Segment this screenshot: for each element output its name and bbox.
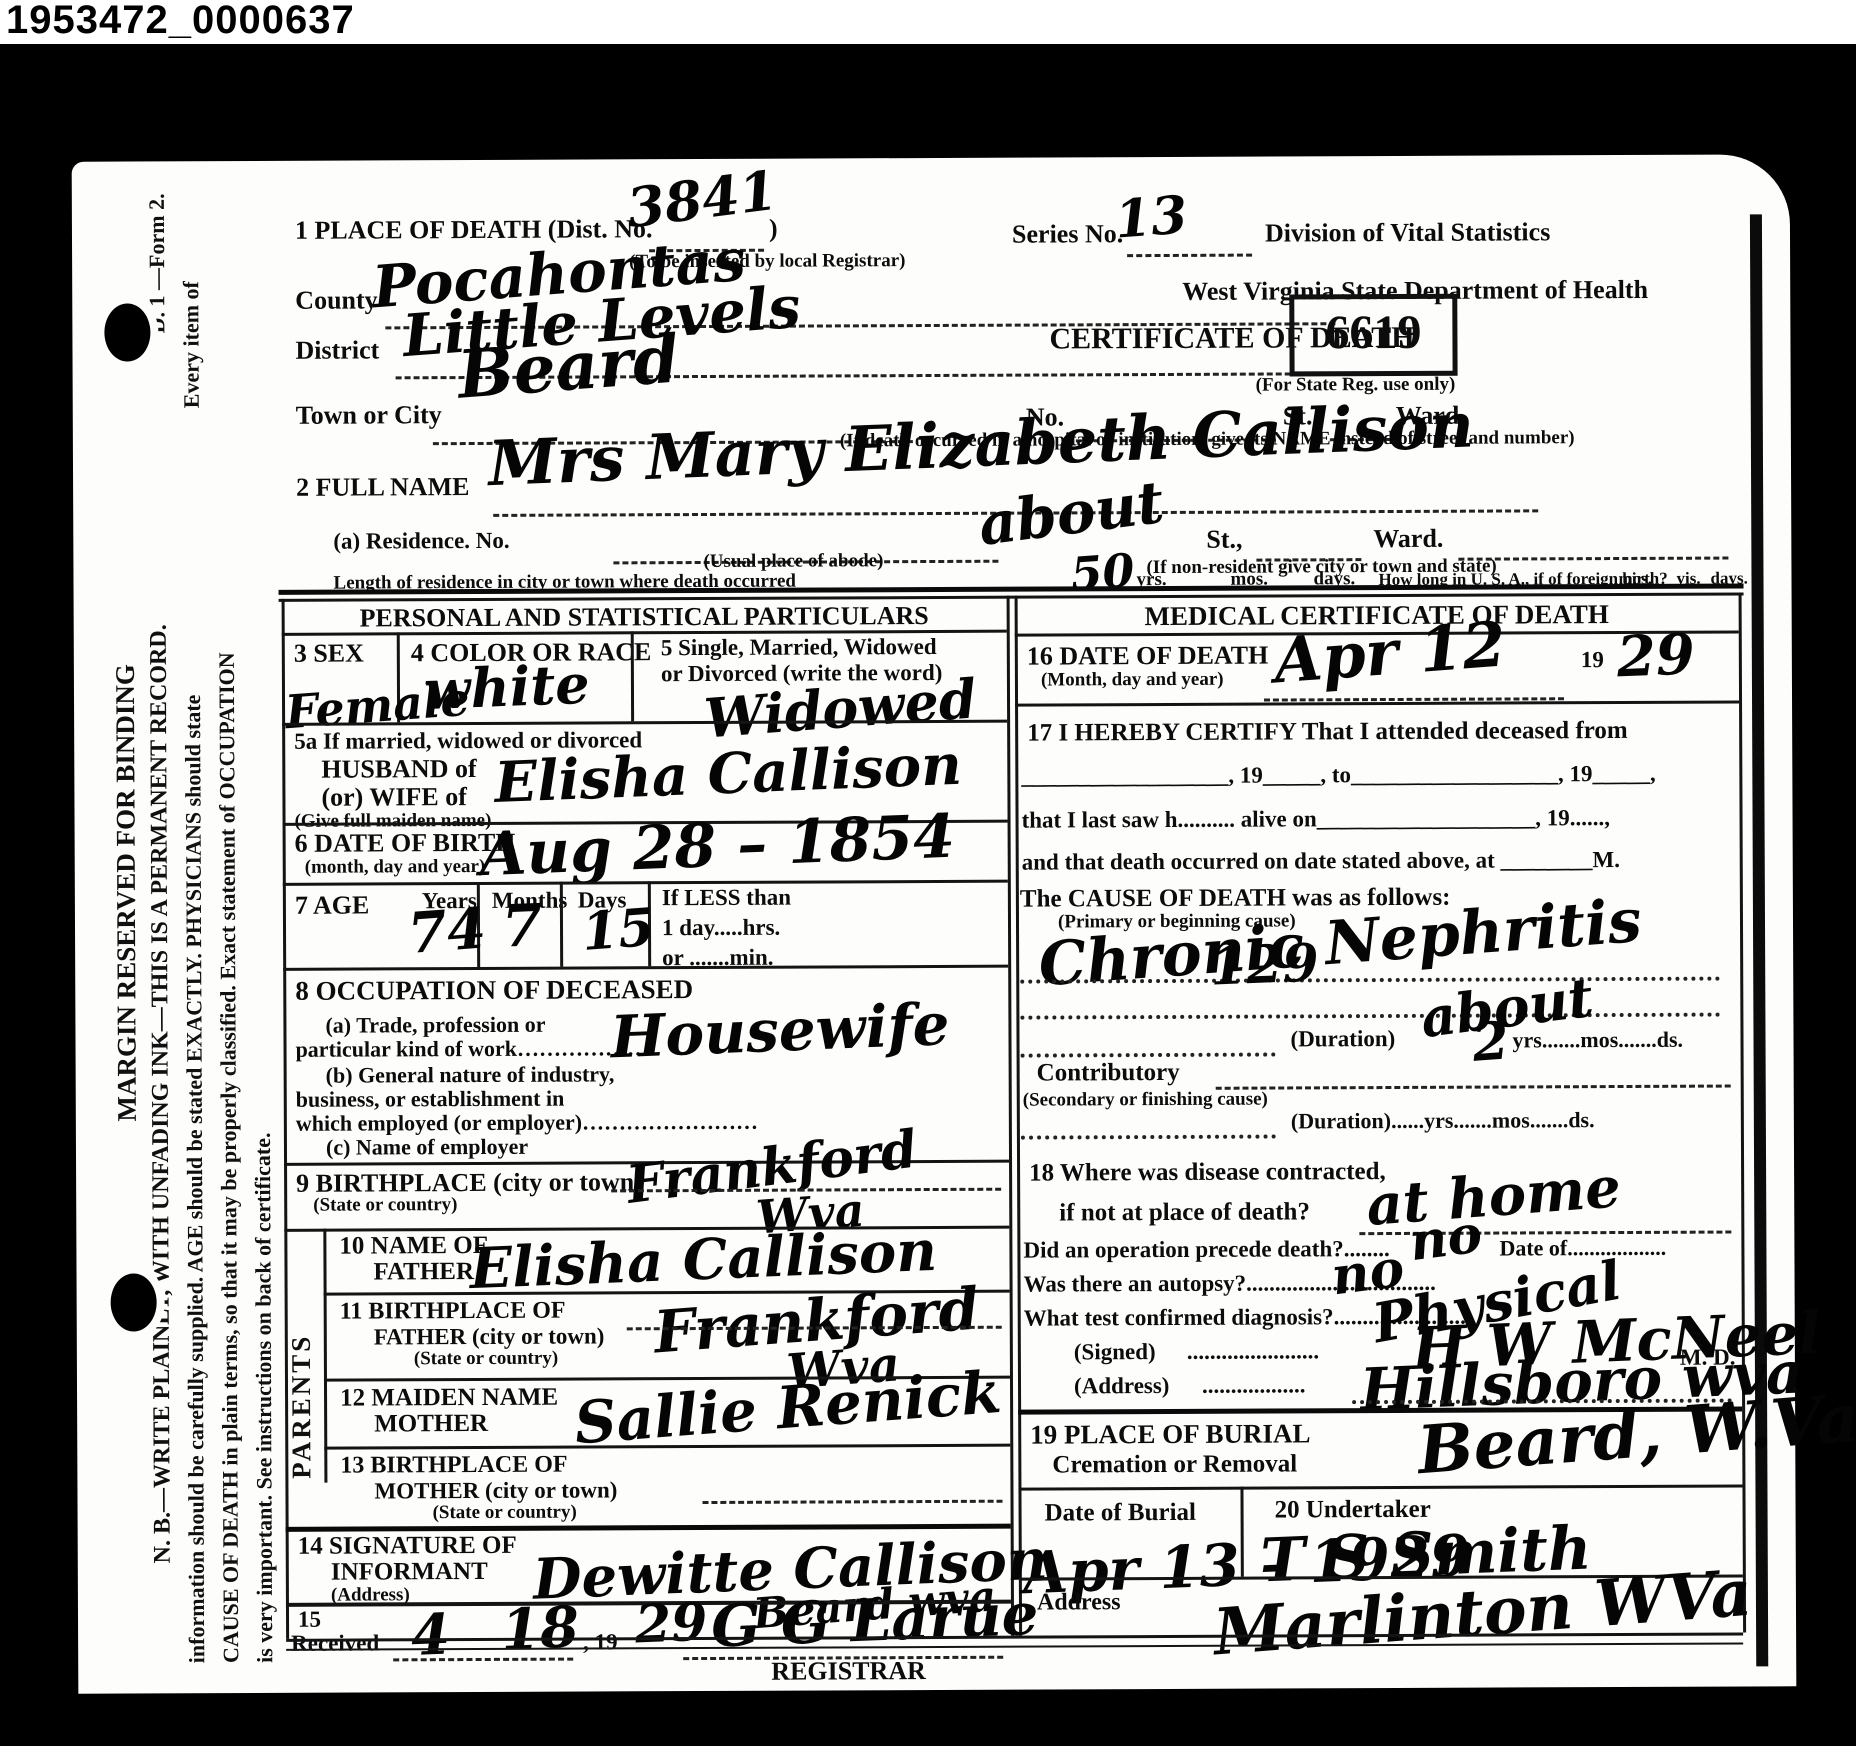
sex-label: 3 SEX bbox=[294, 638, 364, 668]
certify-line2: __________________, 19_____, to_________… bbox=[1021, 761, 1656, 790]
occupation-a1: (a) Trade, profession or bbox=[325, 1012, 545, 1039]
residence-handwritten: about bbox=[975, 468, 1168, 559]
signed-label: (Signed) bbox=[1074, 1339, 1156, 1365]
column-divider bbox=[1015, 596, 1023, 1636]
date-of-death-note: (Month, day and year) bbox=[1041, 669, 1224, 692]
fullname-label: 2 FULL NAME bbox=[296, 472, 469, 503]
father-bp-note: (State or country) bbox=[414, 1348, 558, 1371]
punch-hole-top bbox=[104, 303, 150, 361]
personal-section-title: PERSONAL AND STATISTICAL PARTICULARS bbox=[282, 601, 1007, 634]
date-of-death-handwritten: Apr 12 bbox=[1271, 608, 1508, 698]
burial-date-label: Date of Burial bbox=[1045, 1499, 1196, 1528]
divider-line bbox=[283, 965, 1008, 971]
margin-form-number: D. 1 —Form 2. bbox=[144, 213, 177, 333]
district-label: District bbox=[295, 335, 379, 365]
certify-line3: that I last saw h.......... alive on____… bbox=[1021, 805, 1610, 834]
mother-bp-label2: MOTHER (city or town) bbox=[374, 1477, 617, 1504]
occupation-b1: (b) General nature of industry, bbox=[326, 1061, 615, 1088]
undertaker-address-label: Address bbox=[1037, 1589, 1121, 1616]
length-handwritten: 50 bbox=[1069, 543, 1137, 602]
blank-line bbox=[1458, 555, 1728, 561]
mother-bp-label1: 13 BIRTHPLACE OF bbox=[340, 1452, 567, 1480]
father-name-label1: 10 NAME OF bbox=[339, 1232, 488, 1261]
q18-line1: 18 Where was disease contracted, bbox=[1029, 1158, 1386, 1188]
blank-line bbox=[393, 1656, 573, 1662]
q18-handwritten: at home bbox=[1364, 1154, 1623, 1239]
mother-name-label1: 12 MAIDEN NAME bbox=[340, 1384, 558, 1413]
received-year-handwritten: 29 bbox=[634, 1592, 709, 1656]
parents-cell-divider bbox=[323, 1229, 327, 1483]
county-label: County bbox=[295, 285, 377, 315]
field5a-line3: (or) WIFE of bbox=[321, 782, 467, 813]
marital-label-1: 5 Single, Married, Widowed bbox=[661, 634, 937, 661]
duration2-label: (Duration)......yrs.......mos.......ds. bbox=[1291, 1107, 1595, 1134]
paren-close: ) bbox=[769, 214, 778, 244]
occupation-handwritten: Housewife bbox=[609, 990, 950, 1071]
dotted-line bbox=[1020, 1011, 1720, 1020]
residence-label: (a) Residence. No. bbox=[333, 528, 509, 555]
blank-line bbox=[703, 1498, 1003, 1504]
punch-hole-bottom bbox=[111, 1273, 157, 1331]
received-number: 15 bbox=[298, 1607, 321, 1633]
division-label: Division of Vital Statistics bbox=[1265, 217, 1550, 248]
duration-label: (Duration) bbox=[1290, 1026, 1395, 1052]
registrar-label: REGISTRAR bbox=[771, 1656, 926, 1687]
margin-nb-line3: CAUSE OF DEATH in plain terms, so that i… bbox=[212, 218, 248, 1663]
series-no-label: Series No. bbox=[1012, 219, 1123, 249]
mother-handwritten: Sallie Renick bbox=[572, 1358, 1003, 1457]
informant-label2: INFORMANT bbox=[331, 1558, 488, 1587]
duration-value-handwritten: 2 bbox=[1470, 1010, 1511, 1074]
town-handwritten: Beard bbox=[455, 319, 682, 413]
contributory-label: Contributory bbox=[1037, 1059, 1180, 1088]
scanned-death-certificate-view: 1953472_0000637 MARGIN RESERVED FOR BIND… bbox=[0, 0, 1856, 1746]
st2-label: St., bbox=[1206, 525, 1242, 555]
blank-line bbox=[1127, 252, 1252, 258]
certificate-paper: MARGIN RESERVED FOR BINDING N. B.—WRITE … bbox=[72, 154, 1797, 1693]
duration-units: yrs.......mos.......ds. bbox=[1512, 1027, 1683, 1054]
father-name-label2: FATHER bbox=[373, 1258, 474, 1286]
certify-line1: 17 I HEREBY CERTIFY That I attended dece… bbox=[1027, 717, 1628, 748]
certificate-form: 1 PLACE OF DEATH (Dist. No. 3841 ) (To b… bbox=[277, 154, 1749, 1692]
divider-line bbox=[283, 880, 1008, 886]
certificate-number: 6619 bbox=[1325, 306, 1421, 359]
address-dots: .................. bbox=[1202, 1372, 1306, 1398]
race-handwritten: white bbox=[423, 652, 591, 722]
certify-line4: and that death occurred on date stated a… bbox=[1022, 847, 1620, 876]
age-years-handwritten: 74 bbox=[406, 895, 489, 967]
margin-binding-text: MARGIN RESERVED FOR BINDING bbox=[110, 651, 146, 1121]
dod-19-printed: 19 bbox=[1581, 647, 1604, 673]
occupation-c: (c) Name of employer bbox=[326, 1134, 528, 1161]
age-label: 7 AGE bbox=[295, 890, 370, 920]
q18-line2: if not at place of death? bbox=[1059, 1198, 1310, 1227]
father-bp-label1: 11 BIRTHPLACE OF bbox=[340, 1298, 566, 1326]
blank-line bbox=[611, 1186, 1001, 1193]
field5a-line2: HUSBAND of bbox=[321, 754, 476, 785]
margin-nb-line1-end: Every item of bbox=[178, 233, 209, 408]
dotted-line bbox=[1021, 1133, 1276, 1140]
scan-id-bar: 1953472_0000637 bbox=[0, 0, 1856, 44]
date-of-death-label: 16 DATE OF DEATH bbox=[1027, 641, 1269, 672]
certificate-number-box: 6619 bbox=[1289, 294, 1457, 377]
blank-line bbox=[1216, 1083, 1731, 1090]
series-no-handwritten: 13 bbox=[1113, 184, 1190, 250]
cell-divider bbox=[631, 631, 634, 721]
dotted-line bbox=[1021, 1051, 1276, 1058]
form-left-border bbox=[282, 599, 290, 1639]
informant-label1: 14 SIGNATURE OF bbox=[298, 1532, 517, 1561]
age-less-line2: 1 day.....hrs. bbox=[662, 915, 780, 942]
physician-address-label: (Address) bbox=[1074, 1373, 1170, 1399]
occupation-b3: which employed (or employer)…………………… bbox=[296, 1109, 758, 1137]
age-days-handwritten: 15 bbox=[580, 897, 657, 963]
birthplace-note: (State or country) bbox=[313, 1194, 457, 1217]
column-divider bbox=[1007, 596, 1015, 1636]
fullname-handwritten: Mrs Mary Elizabeth Callison bbox=[487, 388, 1475, 500]
scan-id-label: 1953472_0000637 bbox=[6, 0, 355, 43]
ward2-label: Ward. bbox=[1373, 524, 1443, 554]
occupation-b2: business, or establishment in bbox=[296, 1086, 565, 1113]
margin-nb-line1: N. B.—WRITE PLAINLY, WITH UNFADING INK—T… bbox=[145, 488, 182, 1563]
mother-name-label2: MOTHER bbox=[374, 1410, 488, 1438]
contributory-note: (Secondary or finishing cause) bbox=[1023, 1089, 1268, 1112]
divider-line bbox=[1015, 700, 1739, 706]
form-right-border bbox=[1739, 592, 1747, 1632]
dob-handwritten: Aug 28 – 1854 bbox=[478, 802, 956, 891]
abode-note: (Usual place of abode) bbox=[703, 550, 883, 573]
mother-bp-note: (State or country) bbox=[433, 1502, 577, 1525]
burial-label1: 19 PLACE OF BURIAL bbox=[1030, 1418, 1310, 1450]
received-19-printed: , 19 bbox=[583, 1629, 618, 1655]
margin-nb-line4: is very important. See instructions on b… bbox=[249, 973, 282, 1663]
age-less-line1: If LESS than bbox=[662, 885, 791, 912]
divider-line bbox=[286, 1524, 1011, 1532]
received-day-handwritten: 18 bbox=[500, 1594, 580, 1663]
margin-nb-line2: information should be carefully supplied… bbox=[179, 408, 214, 1663]
age-months-handwritten: 7 bbox=[501, 891, 544, 961]
town-label: Town or City bbox=[296, 400, 442, 431]
dob-note: (month, day and year) bbox=[305, 856, 486, 879]
signed-dots: ....................... bbox=[1187, 1338, 1319, 1365]
operation-handwritten: no bbox=[1406, 1203, 1486, 1273]
received-label: Received bbox=[291, 1630, 379, 1656]
occupation-a2: particular kind of work……………… bbox=[295, 1035, 649, 1063]
burial-label2: Cremation or Removal bbox=[1052, 1450, 1297, 1479]
parents-vertical-label: PARENTS bbox=[285, 1239, 322, 1479]
cause-code-handwritten: 129 bbox=[1209, 932, 1320, 997]
divider-line bbox=[1018, 1484, 1742, 1490]
cell-divider bbox=[1240, 1487, 1243, 1577]
dod-year-handwritten: 29 bbox=[1616, 621, 1696, 690]
father-bp-label2: FATHER (city or town) bbox=[374, 1323, 605, 1350]
cell-divider bbox=[560, 882, 563, 967]
